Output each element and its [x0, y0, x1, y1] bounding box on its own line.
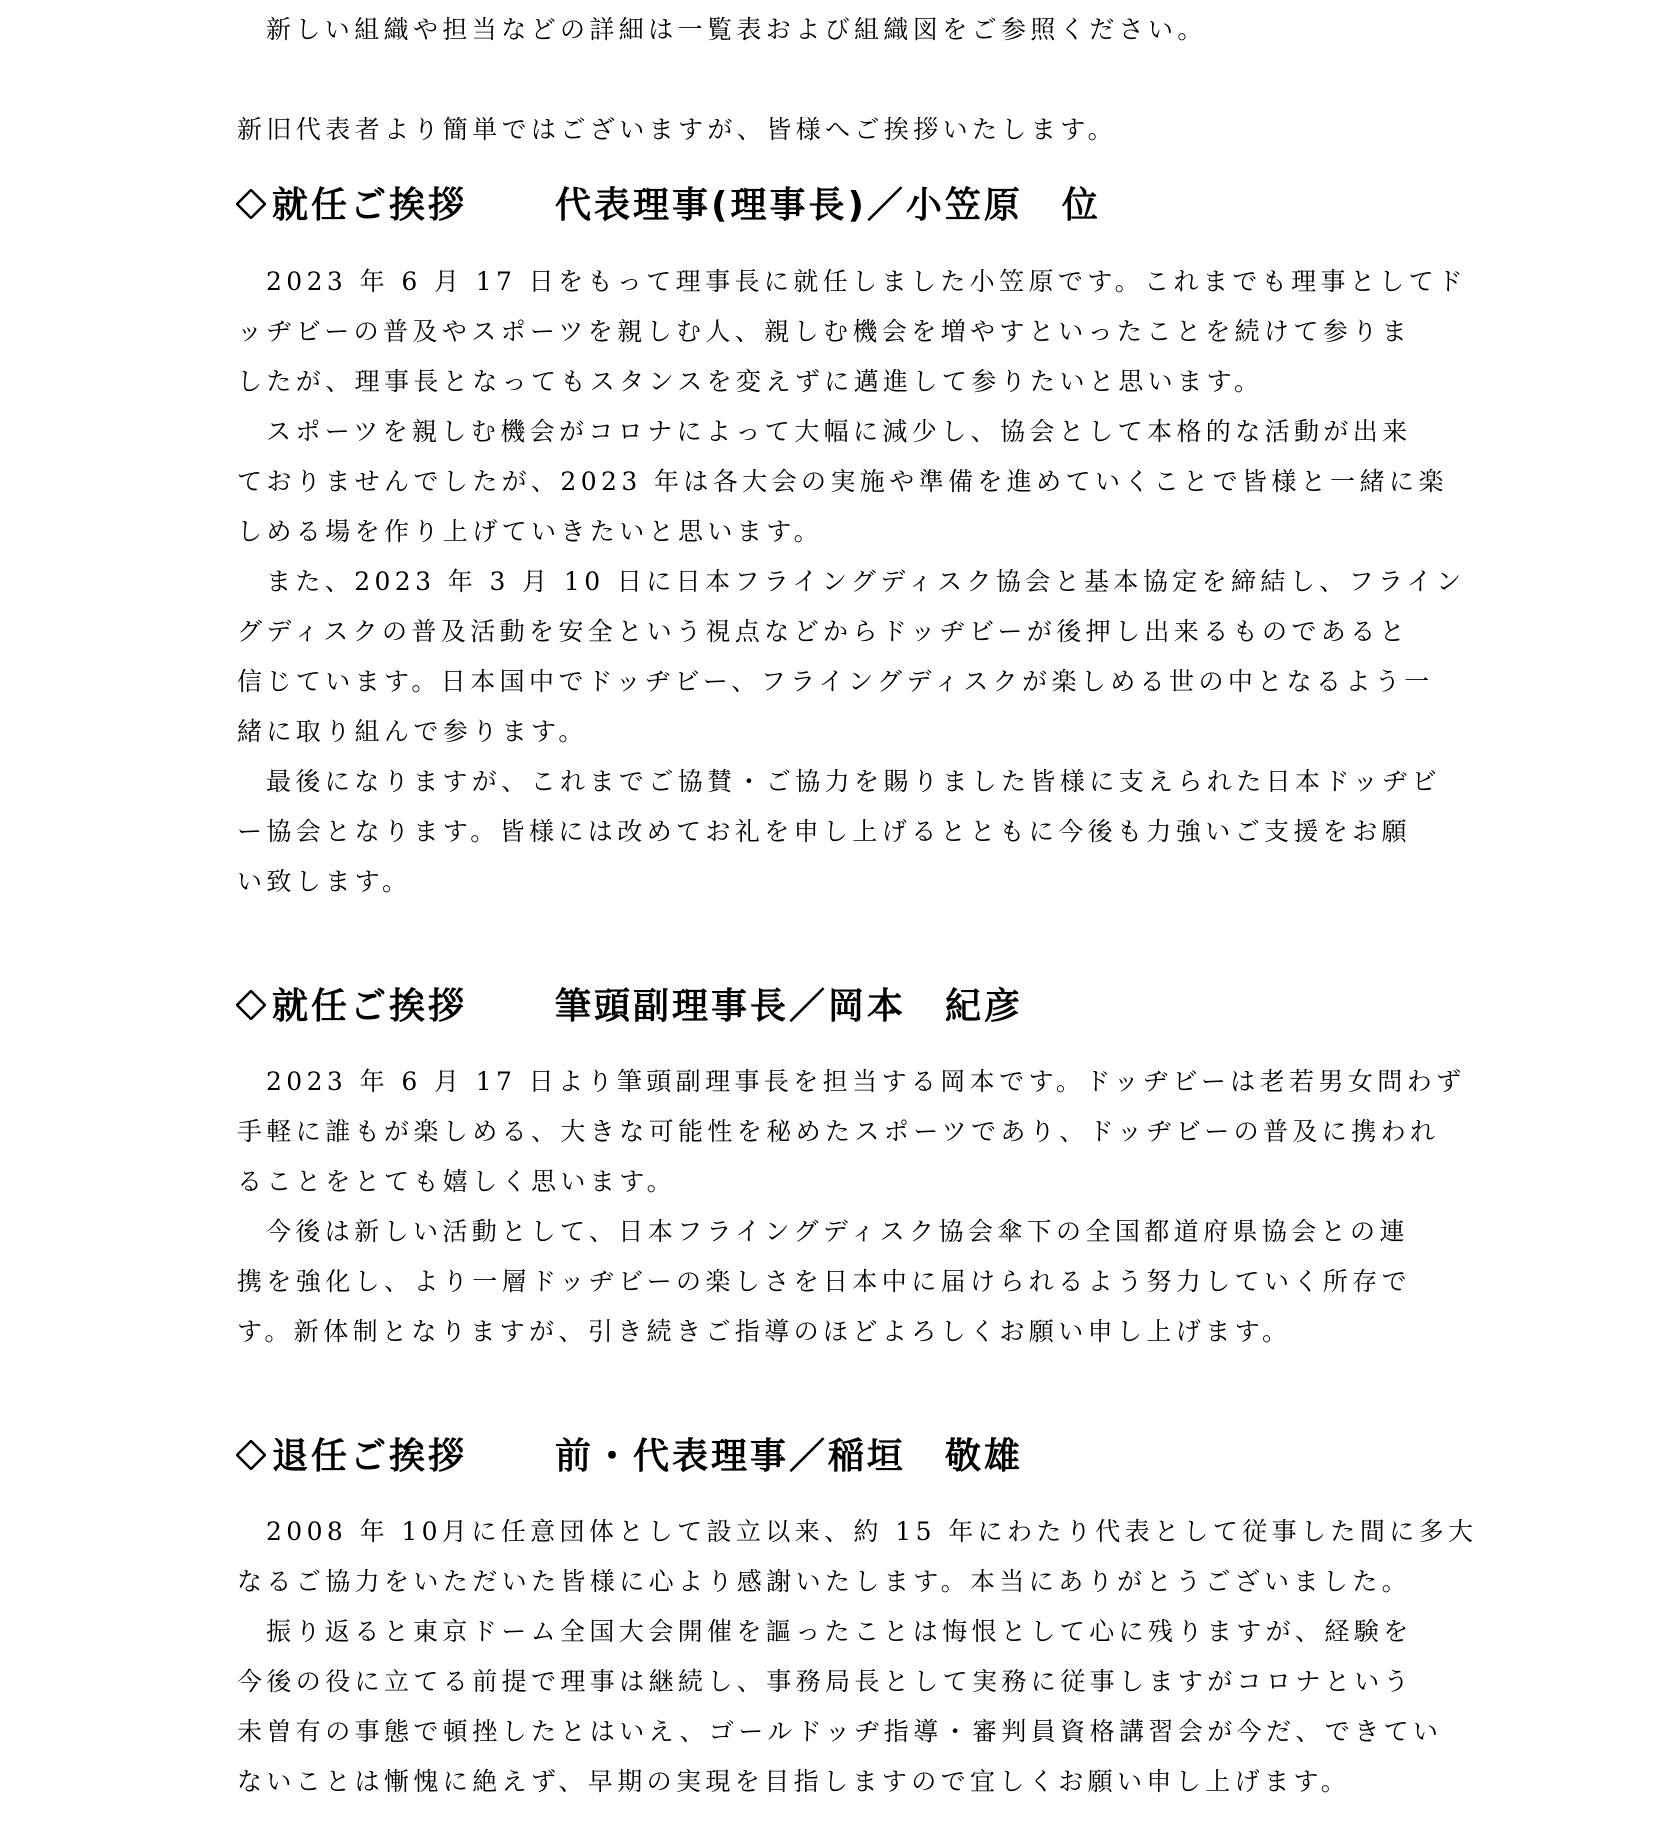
body-line: す。新体制となりますが、引き続きご指導のほどよろしくお願い申し上げます。 [237, 1317, 1422, 1347]
section-heading-chairman: 就任ご挨拶代表理事(理事長)／小笠原 位 [236, 184, 1101, 228]
intro-line-1: 新しい組織や担当などの詳細は一覧表および組織図をご参照ください。 [266, 15, 1422, 45]
body-line: 携を強化し、より一層ドッヂビーの楽しさを日本中に届けられるよう努力していく所存で [237, 1267, 1422, 1297]
body-line: 未曽有の事態で頓挫したとはいえ、ゴールドッヂ指導・審判員資格講習会が今だ、できて… [237, 1717, 1422, 1747]
body-line: い致します。 [237, 867, 1422, 897]
body-line: スポーツを親しむ機会がコロナによって大幅に減少し、協会として本格的な活動が出来 [266, 417, 1422, 447]
section-heading-vice-chairman: 就任ご挨拶筆頭副理事長／岡本 紀彦 [236, 985, 1023, 1029]
body-line: グディスクの普及活動を安全という視点などからドッヂビーが後押し出来るものであると [237, 617, 1422, 647]
heading-role: 筆頭副理事長／岡本 紀彦 [555, 986, 1023, 1027]
body-line: また、2023 年 3 月 10 日に日本フライングディスク協会と基本協定を締結… [266, 567, 1422, 597]
heading-label: 退任ご挨拶 [272, 1436, 467, 1477]
body-line: ることをとても嬉しく思います。 [237, 1167, 1422, 1197]
heading-role: 前・代表理事／稲垣 敬雄 [555, 1436, 1023, 1477]
body-line: 2023 年 6 月 17 日より筆頭副理事長を担当する岡本です。ドッヂビーは老… [266, 1067, 1422, 1097]
body-line: しめる場を作り上げていきたいと思います。 [237, 517, 1422, 547]
heading-role: 代表理事(理事長)／小笠原 位 [555, 185, 1101, 226]
body-line: ないことは慚愧に絶えず、早期の実現を目指しますので宜しくお願い申し上げます。 [237, 1767, 1422, 1797]
body-line: 緒に取り組んで参ります。 [237, 717, 1422, 747]
diamond-icon [236, 186, 266, 216]
body-line: 2008 年 10月に任意団体として設立以来、約 15 年にわたり代表として従事… [266, 1517, 1422, 1547]
body-line: ッヂビーの普及やスポーツを親しむ人、親しむ機会を増やすといったことを続けて参りま [237, 317, 1422, 347]
body-line: なるご協力をいただいた皆様に心より感謝いたします。本当にありがとうございました。 [237, 1567, 1422, 1597]
heading-label: 就任ご挨拶 [272, 185, 467, 226]
intro-line-2: 新旧代表者より簡単ではございますが、皆様へご挨拶いたします。 [237, 115, 1422, 145]
body-line: 最後になりますが、これまでご協賛・ご協力を賜りました皆様に支えられた日本ドッヂビ [266, 767, 1422, 797]
heading-label: 就任ご挨拶 [272, 986, 467, 1027]
body-line: 信じています。日本国中でドッヂビー、フライングディスクが楽しめる世の中となるよう… [237, 667, 1422, 697]
diamond-icon [236, 1437, 266, 1467]
section-heading-former-chairman: 退任ご挨拶前・代表理事／稲垣 敬雄 [236, 1435, 1023, 1479]
diamond-icon [236, 987, 266, 1017]
body-line: ー協会となります。皆様には改めてお礼を申し上げるとともに今後も力強いご支援をお願 [237, 817, 1422, 847]
body-line: 今後の役に立てる前提で理事は継続し、事務局長として実務に従事しますがコロナという [237, 1667, 1422, 1697]
body-line: 振り返ると東京ドーム全国大会開催を謳ったことは悔恨として心に残りますが、経験を [266, 1617, 1422, 1647]
body-line: 手軽に誰もが楽しめる、大きな可能性を秘めたスポーツであり、ドッヂビーの普及に携わ… [237, 1117, 1422, 1147]
body-line: 今後は新しい活動として、日本フライングディスク協会傘下の全国都道府県協会との連 [266, 1217, 1422, 1247]
body-line: したが、理事長となってもスタンスを変えずに邁進して参りたいと思います。 [237, 367, 1422, 397]
body-line: 2023 年 6 月 17 日をもって理事長に就任しました小笠原です。これまでも… [266, 267, 1422, 297]
body-line: ておりませんでしたが、2023 年は各大会の実施や準備を進めていくことで皆様と一… [237, 467, 1422, 497]
